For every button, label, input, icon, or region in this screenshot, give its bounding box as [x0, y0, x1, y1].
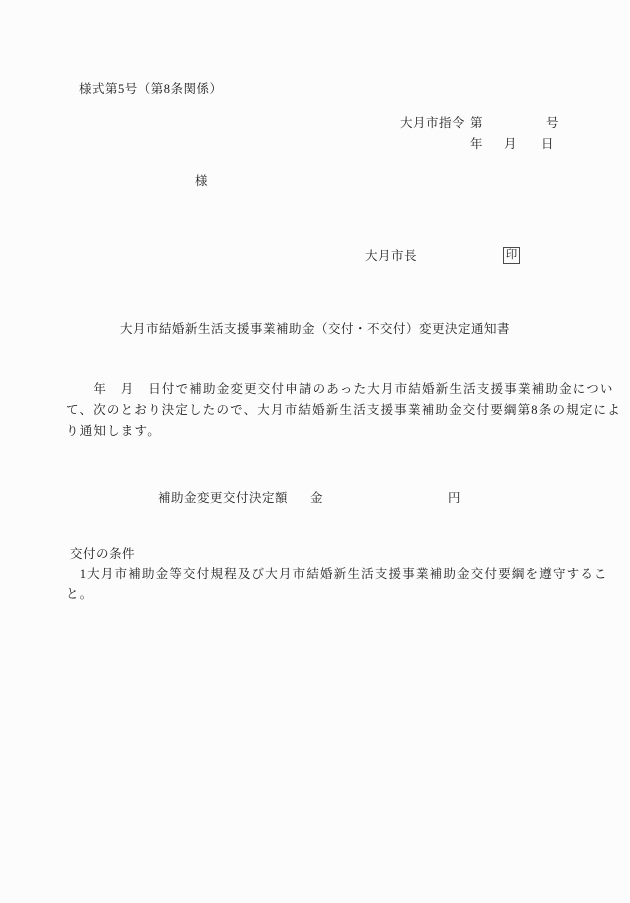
date-month-label: 月	[504, 137, 517, 152]
addressee-honorific: 様	[195, 174, 208, 189]
conditions-line-2: と。	[66, 587, 93, 602]
body-line-1: 年 月 日付で補助金変更交付申請のあった大月市結婚新生活支援事業補助金につい	[66, 379, 560, 400]
body-paragraph: 年 月 日付で補助金変更交付申請のあった大月市結婚新生活支援事業補助金につい て…	[66, 379, 560, 442]
date-year-label: 年	[470, 137, 483, 152]
date-day-label: 日	[541, 137, 554, 152]
amount-label: 補助金変更交付決定額	[158, 491, 288, 506]
amount-currency-prefix: 金	[310, 491, 323, 506]
directive-number-prefix: 第	[470, 116, 483, 131]
directive-issuer: 大月市指令	[400, 116, 465, 131]
amount-currency-suffix: 円	[448, 491, 461, 506]
seal-mark: 印	[506, 250, 518, 262]
seal-box: 印	[503, 247, 520, 264]
mayor-title: 大月市長	[365, 249, 417, 264]
body-line-3: り通知します。	[66, 421, 560, 442]
document-title: 大月市結婚新生活支援事業補助金（交付・不交付）変更決定通知書	[0, 322, 630, 337]
conditions-line-1: 1大月市補助金等交付規程及び大月市結婚新生活支援事業補助金交付要綱を遵守するこ	[66, 567, 608, 582]
document-page: 様式第5号（第8条関係） 大月市指令 第 号 年 月 日 様 大月市長 印 大月…	[0, 0, 630, 903]
form-number: 様式第5号（第8条関係）	[79, 82, 223, 97]
directive-number-suffix: 号	[546, 116, 559, 131]
body-line-2: て、次のとおり決定したので、大月市結婚新生活支援事業補助金交付要綱第8条の規定に…	[66, 400, 560, 421]
conditions-heading: 交付の条件	[70, 547, 135, 562]
